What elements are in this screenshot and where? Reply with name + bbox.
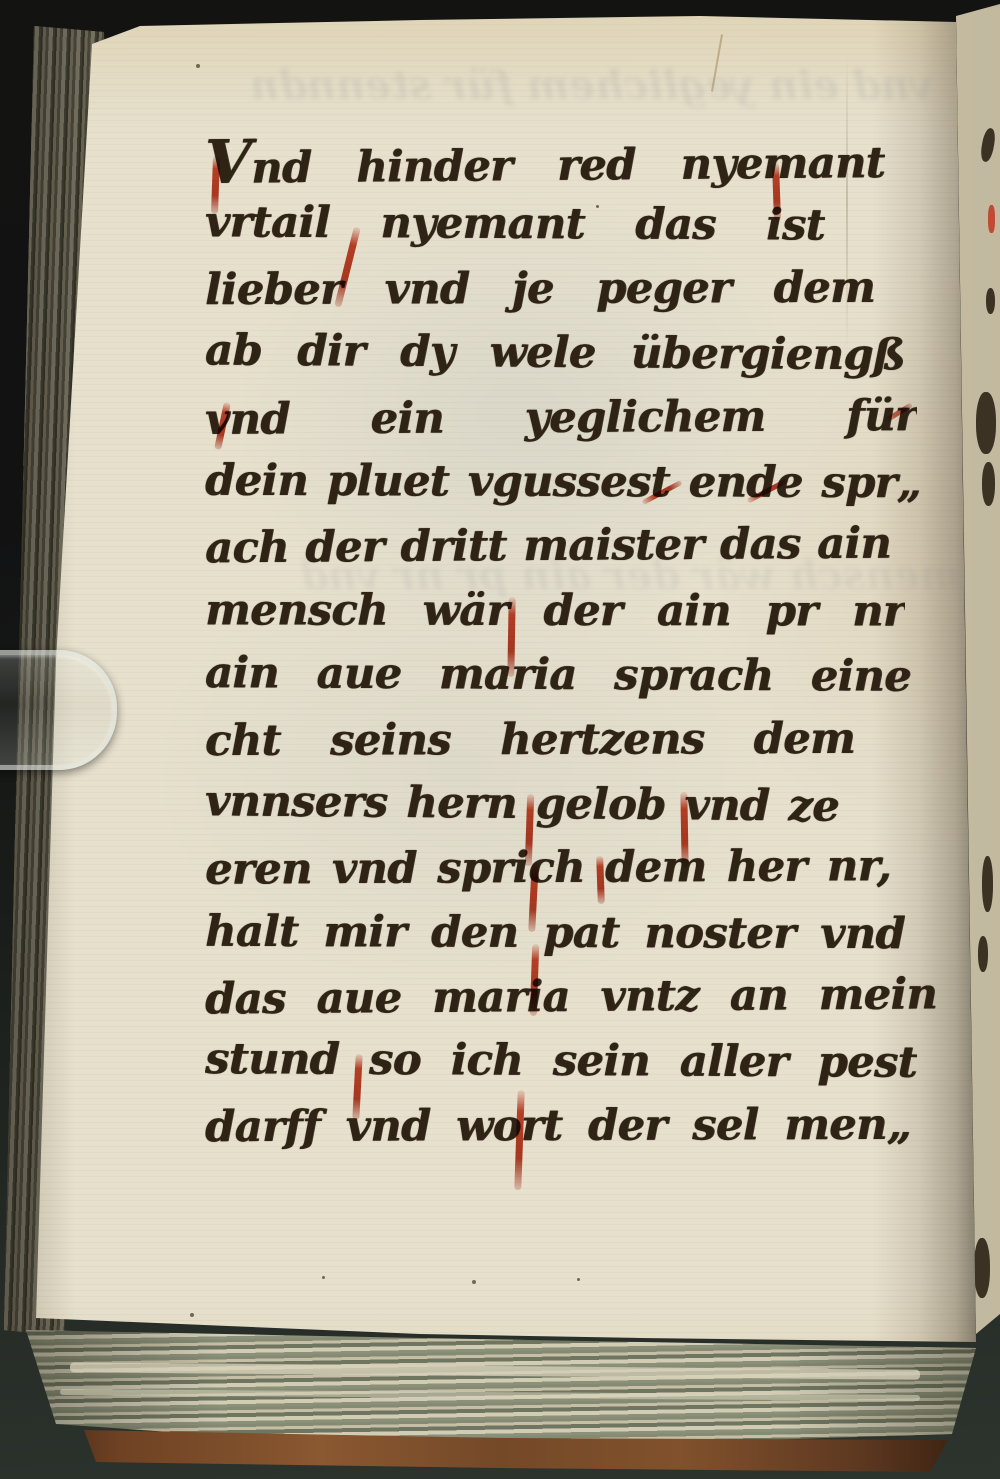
manuscript-line: vnnsers hern gelob vnd ze [205, 769, 840, 839]
rubrication-mark [507, 597, 515, 677]
manuscript-line: eren vnd sprich dem her nr, [205, 835, 891, 903]
manuscript-line: lieber vnd je peger dem [205, 256, 875, 323]
manuscript-line: dein pluet vgussest ende spr„ [205, 449, 921, 516]
manuscript-page: vnd ein yeglichem für stenndn mensch wär… [0, 0, 1000, 1479]
manuscript-line: stund so ich sein aller pest be„ [205, 1028, 917, 1096]
facing-page-ink-fragment [982, 462, 995, 506]
paper-speck [577, 1278, 580, 1281]
manuscript-line: vrtail nyemant das ist gar- [205, 191, 825, 259]
manuscript-photo: vnd ein yeglichem für stenndn mensch wär… [0, 0, 1000, 1479]
manuscript-line: ach der dritt maister das ain [205, 512, 891, 581]
manuscript-line: cht seins hertzens dem leiden [205, 706, 855, 773]
paper-speck [322, 1276, 325, 1279]
facing-page-ink-fragment [976, 392, 996, 454]
manuscript-line: vnd ein yeglichem für stenndn [205, 384, 917, 452]
rubrication-mark [680, 792, 688, 868]
manuscript-line: mensch wär der ain pr nr vnd [205, 578, 905, 644]
facing-page-ink-fragment [978, 936, 988, 972]
facing-page-ink-fragment [982, 856, 993, 912]
manuscript-line: ab dir dy wele übergiengß [205, 319, 905, 388]
manuscript-line: halt mir den pat noster vnd [205, 899, 905, 966]
ink-bleed-through: vnd ein yeglichem für stenndn [250, 62, 933, 109]
manuscript-line: Vnd hinder red nyemant noch [205, 125, 886, 195]
paper-speck [190, 1313, 194, 1317]
paper-speck [196, 64, 200, 68]
paper-speck [472, 1280, 476, 1284]
facing-page-ink-fragment [974, 1238, 990, 1298]
facing-page-ink-fragment [986, 288, 995, 314]
text-block: Vnd hinder red nyemant noch vrtail nyema… [205, 128, 945, 1158]
facing-page-rubric-fragment [988, 205, 995, 233]
manuscript-line: darff vnd wort der sel men„ [205, 1093, 911, 1160]
manuscript-line: ain aue maria sprach eine anda„ [205, 641, 911, 709]
manuscript-line: das aue maria vntz an mein leste [205, 963, 937, 1032]
page-holder-clip [0, 650, 117, 770]
